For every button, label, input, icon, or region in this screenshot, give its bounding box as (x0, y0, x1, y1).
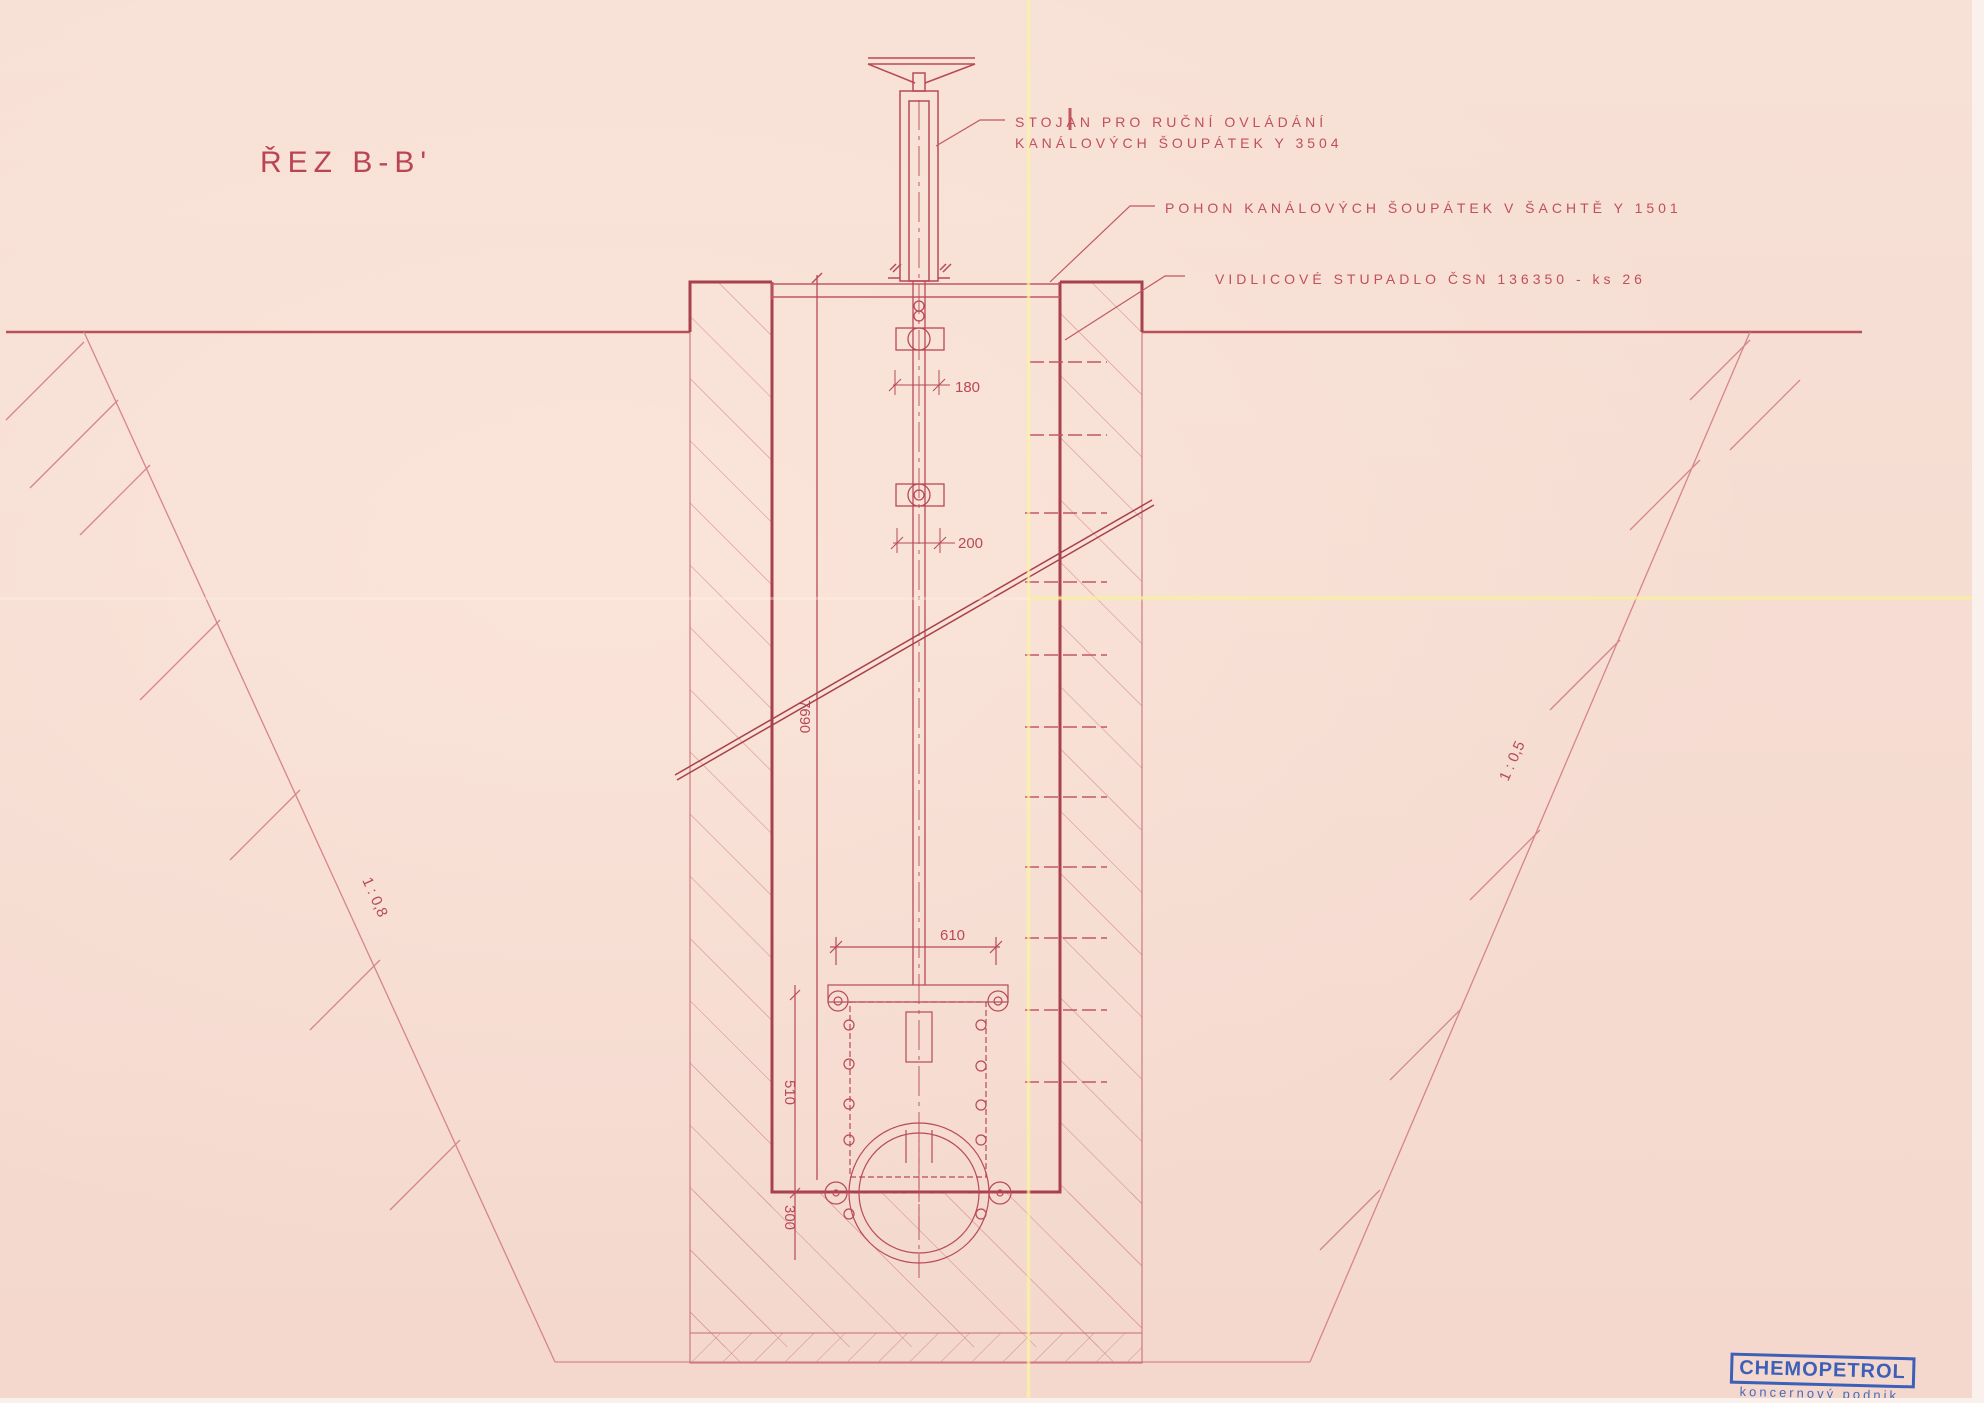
dim-180 (889, 370, 950, 395)
dim-180-label: 180 (955, 379, 980, 396)
section-drawing: 180 200 7690 (0, 0, 1984, 1403)
spindle (896, 100, 944, 1230)
dim-610-label: 610 (940, 927, 965, 944)
dim-510-label: 510 (781, 1080, 798, 1105)
fold-crease-horizontal-left (0, 597, 1030, 600)
annotation-stand-line2: KANÁLOVÝCH ŠOUPÁTEK Y 3504 (1015, 135, 1343, 151)
dim-7690-label: 7690 (796, 700, 813, 733)
fold-crease-vertical (1026, 0, 1031, 1403)
fold-crease-horizontal (1030, 595, 1984, 601)
paper-edge-bottom (0, 1398, 1984, 1403)
annotation-rungs: VIDLICOVÉ STUPADLO ČSN 136350 - ks 26 (1215, 271, 1646, 287)
slope-left-label: 1 : 0,8 (358, 875, 390, 920)
annotation-drive: POHON KANÁLOVÝCH ŠOUPÁTEK V ŠACHTĚ Y 150… (1165, 200, 1682, 216)
section-title: ŘEZ B-B' (260, 146, 432, 179)
dim-200 (891, 528, 955, 553)
shaft-base (690, 1192, 1142, 1363)
stamp-name: CHEMOPETROL (1730, 1353, 1915, 1389)
slope-right-label: 1 : 0,5 (1496, 739, 1528, 784)
dim-200-label: 200 (958, 535, 983, 552)
cover-slab (772, 282, 1060, 300)
paper-edge-right (1972, 0, 1984, 1403)
company-stamp: CHEMOPETROL koncernový podnik (1729, 1353, 1915, 1403)
dim-300-label: 300 (781, 1205, 798, 1230)
annotation-stand-line1: STOJAN PRO RUČNÍ OVLÁDÁNÍ (1015, 114, 1327, 130)
handwheel-stand (868, 58, 975, 281)
